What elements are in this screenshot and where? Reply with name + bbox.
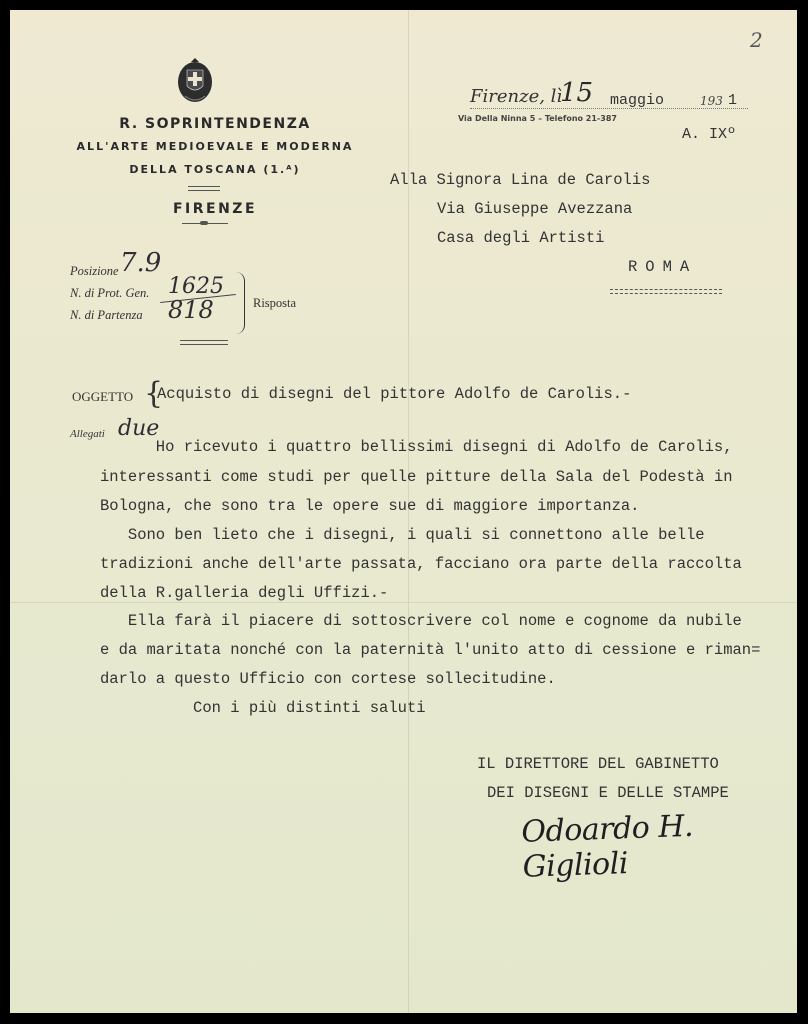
letterhead-city: FIRENZE [50, 201, 380, 217]
royal-coat-of-arms-icon [175, 56, 215, 106]
body-line: Bologna, che sono tra le opere sue di ma… [100, 497, 640, 515]
body-line: Ella farà il piacere di sottoscrivere co… [100, 612, 742, 630]
recipient-building: Casa degli Artisti [437, 229, 604, 247]
handwritten-signature: Odoardo H. Giglioli [521, 805, 798, 885]
partenza-label: N. di Partenza [70, 308, 143, 323]
signatory-title-line1: IL DIRETTORE DEL GABINETTO [477, 755, 719, 773]
prot-gen-label: N. di Prot. Gen. [70, 286, 149, 301]
signatory-title-line2: DEI DISEGNI E DELLE STAMPE [487, 784, 729, 802]
body-line: Con i più distinti saluti [100, 699, 426, 717]
posizione-label: Posizione [70, 264, 119, 279]
body-line: interessanti come studi per quelle pittu… [100, 468, 733, 486]
letterhead-institution: R. SOPRINTENDENZA [50, 116, 380, 132]
recipient-street: Via Giuseppe Avezzana [437, 200, 632, 218]
recipient-city-underline [610, 289, 722, 294]
body-line: Sono ben lieto che i disegni, i quali si… [100, 526, 705, 544]
subject-text: Acquisto di disegni del pittore Adolfo d… [157, 385, 631, 403]
body-line: e da maritata nonché con la paternità l'… [100, 641, 760, 659]
paper-fold-horizontal [10, 602, 797, 603]
office-address: Via Della Ninna 5 – Telefono 21-387 [458, 114, 617, 123]
date-day: 15 [560, 78, 593, 108]
body-line: tradizioni anche dell'arte passata, facc… [100, 555, 742, 573]
date-year-prefix: 193 [700, 94, 723, 108]
posizione-value: 7.9 [120, 248, 161, 278]
date-year-suffix: 1 [728, 92, 737, 109]
date-place: Firenze, lì [470, 86, 562, 107]
fascist-era-year: A. IXº [682, 126, 736, 143]
letterhead-rule [188, 186, 220, 191]
letterhead-department: ALL'ARTE MEDIOEVALE E MODERNA [50, 140, 380, 153]
letter-page: 2 R. SOPRINTENDENZA ALL'ARTE MEDIOEVALE … [10, 10, 797, 1013]
recipient-name: Alla Signora Lina de Carolis [390, 171, 650, 189]
page-number: 2 [750, 28, 763, 52]
subject-label: OGGETTO [72, 389, 133, 405]
body-line: della R.galleria degli Uffizi.- [100, 584, 388, 602]
date-month: maggio [610, 92, 664, 109]
letterhead-region: DELLA TOSCANA (1.ᴬ) [50, 163, 380, 176]
recipient-city: ROMA [628, 258, 697, 276]
body-line: darlo a questo Ufficio con cortese solle… [100, 670, 556, 688]
protocol-brace [236, 272, 245, 334]
partenza-value: 818 [168, 296, 214, 324]
risposta-label: Risposta [253, 296, 296, 311]
body-line: Ho ricevuto i quattro bellissimi disegni… [100, 438, 733, 456]
protocol-rule [180, 340, 228, 345]
letterhead-ornament [182, 223, 228, 224]
